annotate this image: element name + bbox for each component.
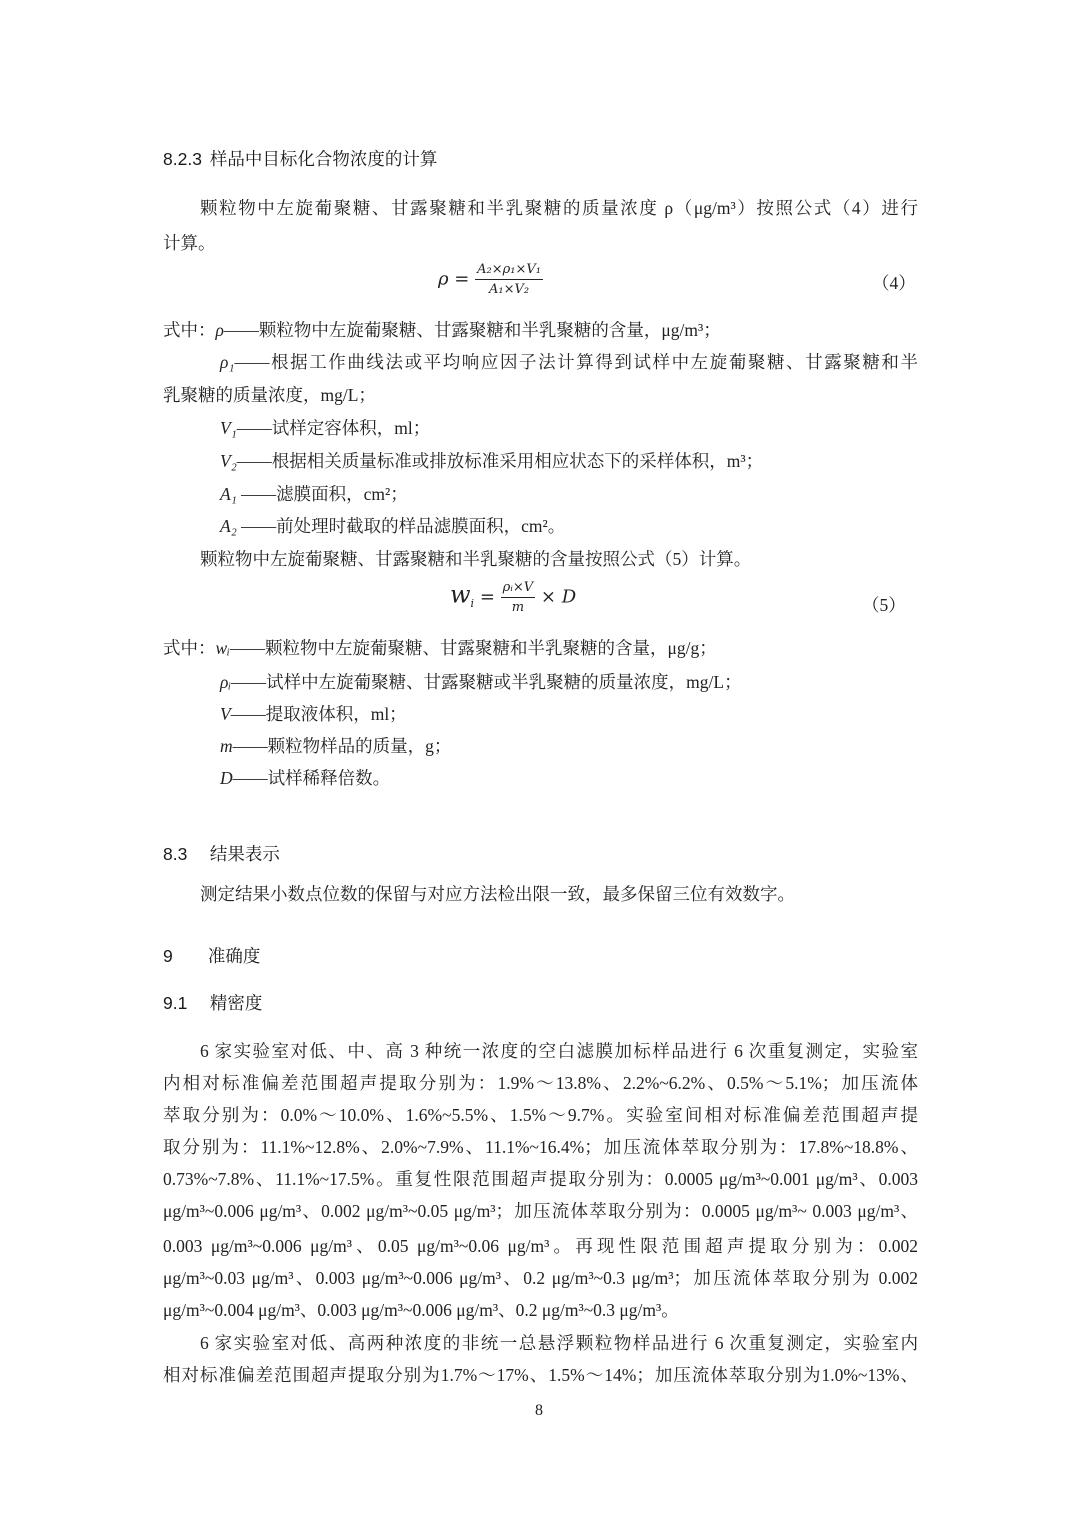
symbol: A₂ xyxy=(220,516,237,536)
precision-para1-line2: 内相对标准偏差范围超声提取分别为：1.9%～13.8%、2.2%~6.2%、0.… xyxy=(163,1073,918,1093)
where-5-line-wi: 式中：wᵢ——颗粒物中左旋葡聚糖、甘露聚糖和半乳聚糖的含量，μg/g； xyxy=(163,638,717,658)
formula-4-denominator: A₁×V₂ xyxy=(475,280,543,297)
section-heading-8-3: 8.3 结果表示 xyxy=(163,844,280,864)
definition: ——颗粒物样品的质量，g； xyxy=(233,736,452,756)
section-title: 样品中目标化合物浓度的计算 xyxy=(210,149,438,169)
where-4-line-a2: A₂ ——前处理时截取的样品滤膜面积，cm²。 xyxy=(220,516,565,536)
section-title: 准确度 xyxy=(208,946,261,966)
symbol: A₁ xyxy=(220,484,237,504)
where-4-line-v2: V₂——根据相关质量标准或排放标准采用相应状态下的采样体积，m³； xyxy=(220,451,763,471)
precision-para1-line9: μg/m³~0.004 μg/m³、0.003 μg/m³~0.006 μg/m… xyxy=(163,1300,679,1320)
where-4-line-v1: V₁——试样定容体积，ml； xyxy=(220,418,430,438)
section-heading-9: 9 准确度 xyxy=(163,946,260,966)
definition: ——颗粒物中左旋葡聚糖、甘露聚糖和半乳聚糖的含量，μg/g； xyxy=(230,638,717,658)
formula-4-label: （4） xyxy=(872,270,916,295)
precision-para1-line4: 取分别为：11.1%~12.8%、2.0%~7.9%、11.1%~16.4%；加… xyxy=(163,1137,918,1157)
where-4-line-rho: 式中：ρ——颗粒物中左旋葡聚糖、甘露聚糖和半乳聚糖的含量，μg/m³； xyxy=(163,320,721,340)
definition: ——试样中左旋葡聚糖、甘露聚糖或半乳聚糖的质量浓度，mg/L； xyxy=(231,672,741,692)
formula-5-lhs-subscript: i xyxy=(471,597,475,610)
symbol: V₂ xyxy=(220,451,237,471)
formula-5-fraction: ρᵢ×V m xyxy=(501,580,536,615)
definition: ——根据工作曲线法或平均响应因子法计算得到试样中左旋葡聚糖、甘露聚糖和半 xyxy=(234,352,918,372)
where-prefix: 式中： xyxy=(163,320,216,340)
section-number: 8.3 xyxy=(163,844,205,864)
symbol: ρᵢ xyxy=(220,672,231,692)
formula-4-numerator: A₂×ρ₁×V₁ xyxy=(475,262,543,280)
page-number: 8 xyxy=(535,1402,543,1420)
symbol: V xyxy=(220,704,231,724)
symbol: ρ₁ xyxy=(220,352,234,372)
symbol: D xyxy=(220,768,233,788)
definition: ——根据相关质量标准或排放标准采用相应状态下的采样体积，m³； xyxy=(237,451,763,471)
where-prefix: 式中： xyxy=(163,638,216,658)
section-number: 9 xyxy=(163,946,203,966)
symbol: V₁ xyxy=(220,418,237,438)
where-4-line-rho1: ρ₁——根据工作曲线法或平均响应因子法计算得到试样中左旋葡聚糖、甘露聚糖和半 xyxy=(220,352,918,372)
definition: ——提取液体积，ml； xyxy=(231,704,407,724)
section-number: 8.2.3 xyxy=(163,149,205,169)
where-5-line-v: V——提取液体积，ml； xyxy=(220,704,407,724)
symbol: ρ xyxy=(216,320,224,340)
formula-5-label: （5） xyxy=(862,592,906,617)
precision-para1-line8: μg/m³~0.03 μg/m³、0.003 μg/m³~0.006 μg/m³… xyxy=(163,1268,918,1288)
definition: ——颗粒物中左旋葡聚糖、甘露聚糖和半乳聚糖的含量，μg/m³； xyxy=(224,320,721,340)
formula-4-lhs: ρ = xyxy=(438,269,469,290)
formula-5-denominator: m xyxy=(501,598,536,615)
precision-para1-line1: 6 家实验室对低、中、高 3 种统一浓度的空白滤膜加标样品进行 6 次重复测定，… xyxy=(200,1041,918,1061)
formula-5-equals: = xyxy=(480,587,495,608)
precision-para2-line1: 6 家实验室对低、高两种浓度的非统一总悬浮颗粒物样品进行 6 次重复测定，实验室… xyxy=(200,1333,918,1353)
precision-para1-line6: μg/m³~0.006 μg/m³、0.002 μg/m³~0.05 μg/m³… xyxy=(163,1201,918,1221)
formula-4: ρ = A₂×ρ₁×V₁ A₁×V₂ xyxy=(438,262,543,297)
document-page: 8.2.3 样品中目标化合物浓度的计算 颗粒物中左旋葡聚糖、甘露聚糖和半乳聚糖的… xyxy=(0,0,1080,1527)
formula-4-fraction: A₂×ρ₁×V₁ A₁×V₂ xyxy=(475,262,543,297)
section-heading-8-2-3: 8.2.3 样品中目标化合物浓度的计算 xyxy=(163,149,437,169)
section-title: 精密度 xyxy=(210,993,263,1013)
where-5-line-m: m——颗粒物样品的质量，g； xyxy=(220,736,451,756)
precision-para1-line7: 0.003 μg/m³~0.006 μg/m³、0.05 μg/m³~0.06 … xyxy=(163,1236,918,1256)
paragraph-result-expression: 测定结果小数点位数的保留与对应方法检出限一致，最多保留三位有效数字。 xyxy=(200,884,795,904)
precision-para2-line2: 相对标准偏差范围超声提取分别为1.7%～17%、1.5%～14%；加压流体萃取分… xyxy=(163,1365,918,1385)
where-4-line-rho1-cont: 乳聚糖的质量浓度，mg/L； xyxy=(163,385,376,405)
precision-para1-line3: 萃取分别为：0.0%～10.0%、1.6%~5.5%、1.5%～9.7%。实验室… xyxy=(163,1105,918,1125)
formula-5-tail: × D xyxy=(541,587,576,608)
paragraph-intro-formula5: 颗粒物中左旋葡聚糖、甘露聚糖和半乳聚糖的含量按照公式（5）计算。 xyxy=(200,549,751,569)
symbol: m xyxy=(220,736,233,756)
definition: ——试样稀释倍数。 xyxy=(233,768,391,788)
definition: ——试样定容体积，ml； xyxy=(237,418,430,438)
where-5-line-d: D——试样稀释倍数。 xyxy=(220,768,390,788)
precision-para1-line5: 0.73%~7.8%、11.1%~17.5%。重复性限范围超声提取分别为：0.0… xyxy=(163,1169,918,1189)
section-heading-9-1: 9.1 精密度 xyxy=(163,993,262,1013)
symbol: wᵢ xyxy=(216,638,230,658)
formula-5-numerator: ρᵢ×V xyxy=(501,580,536,598)
paragraph-intro-formula4: 颗粒物中左旋葡聚糖、甘露聚糖和半乳聚糖的质量浓度 ρ（μg/m³）按照公式（4）… xyxy=(200,198,918,218)
where-4-line-a1: A₁ ——滤膜面积，cm²； xyxy=(220,484,408,504)
paragraph-intro-formula4-cont: 计算。 xyxy=(163,233,216,253)
formula-5-lhs: w xyxy=(450,581,471,609)
formula-5: wi = ρᵢ×V m × D xyxy=(450,580,576,615)
definition: ——前处理时截取的样品滤膜面积，cm²。 xyxy=(237,516,566,536)
definition: ——滤膜面积，cm²； xyxy=(237,484,408,504)
section-number: 9.1 xyxy=(163,993,205,1013)
where-5-line-rhoi: ρᵢ——试样中左旋葡聚糖、甘露聚糖或半乳聚糖的质量浓度，mg/L； xyxy=(220,672,742,692)
section-title: 结果表示 xyxy=(210,844,280,864)
